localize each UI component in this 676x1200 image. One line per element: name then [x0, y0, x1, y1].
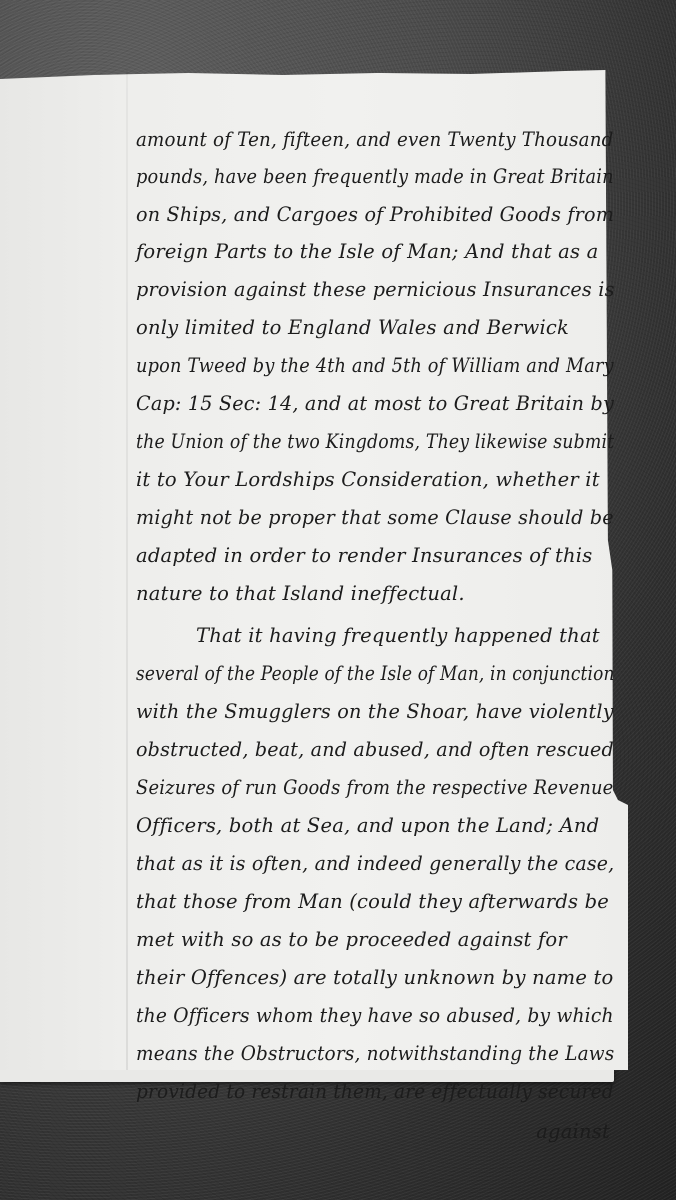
- text-line: might not be proper that some Clause sho…: [136, 506, 614, 529]
- text-line: provided to restrain them, are effectual…: [136, 1080, 614, 1103]
- text-line: their Offences) are totally unknown by n…: [136, 966, 613, 989]
- text-line: Officers, both at Sea, and upon the Land…: [136, 814, 599, 837]
- text-line: amount of Ten, fifteen, and even Twenty …: [136, 128, 614, 151]
- text-line: several of the People of the Isle of Man…: [136, 662, 615, 685]
- text-line: foreign Parts to the Isle of Man; And th…: [136, 240, 598, 263]
- text-line: provision against these pernicious Insur…: [136, 278, 615, 301]
- text-line: nature to that Island ineffectual.: [136, 582, 465, 605]
- text-line: met with so as to be proceeded against f…: [136, 928, 567, 951]
- text-line: the Officers whom they have so abused, b…: [136, 1004, 614, 1027]
- text-line: that as it is often, and indeed generall…: [136, 852, 614, 875]
- text-line: Seizures of run Goods from the respectiv…: [136, 776, 613, 799]
- text-line: that those from Man (could they afterwar…: [136, 890, 609, 913]
- text-line: it to Your Lordships Consideration, whet…: [136, 468, 600, 491]
- text-line: obstructed, beat, and abused, and often …: [136, 738, 614, 761]
- text-line: with the Smugglers on the Shoar, have vi…: [136, 700, 614, 723]
- text-line: pounds, have been frequently made in Gre…: [136, 165, 614, 188]
- paragraph-start-line: That it having frequently happened that: [196, 624, 600, 647]
- paper-fold-crease: [126, 70, 128, 1070]
- text-line: on Ships, and Cargoes of Prohibited Good…: [136, 203, 614, 226]
- text-line: upon Tweed by the 4th and 5th of William…: [136, 354, 614, 377]
- text-line: the Union of the two Kingdoms, They like…: [136, 430, 614, 453]
- text-line: Cap: 15 Sec: 14, and at most to Great Br…: [136, 392, 614, 415]
- text-line: adapted in order to render Insurances of…: [136, 544, 592, 567]
- text-line: means the Obstructors, notwithstanding t…: [136, 1042, 614, 1065]
- text-line: only limited to England Wales and Berwic…: [136, 316, 569, 339]
- catchword: against: [536, 1120, 610, 1143]
